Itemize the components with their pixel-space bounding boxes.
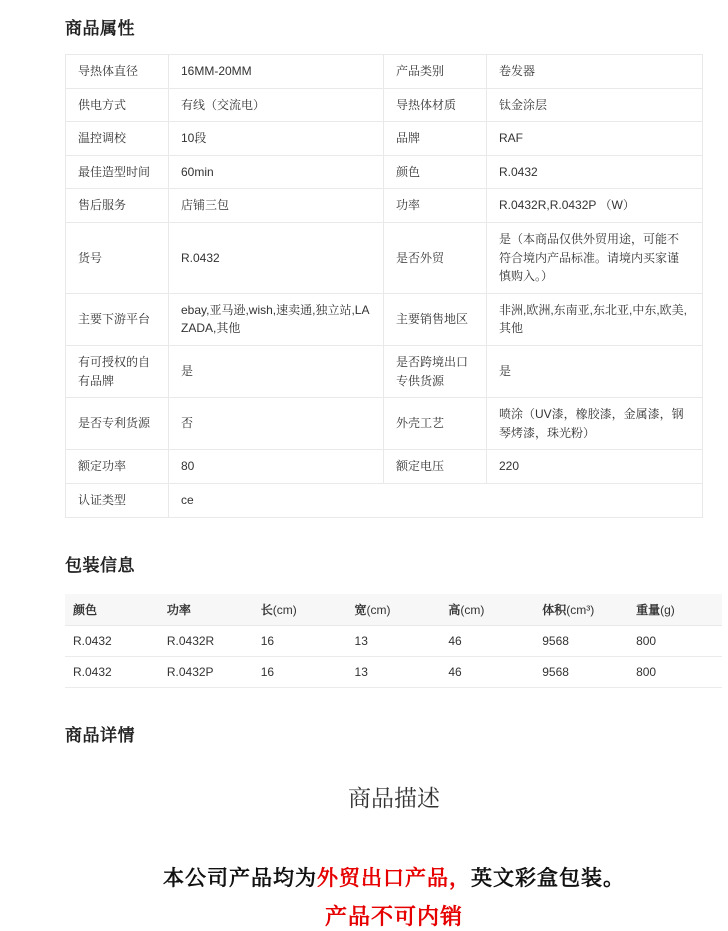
attribute-label: 是否专利货源 (66, 398, 169, 450)
description-heading: 商品描述 (65, 780, 723, 813)
packaging-cell: 9568 (534, 625, 628, 656)
attribute-row: 导热体直径16MM-20MM产品类别卷发器 (66, 55, 703, 89)
attribute-label: 导热体直径 (66, 55, 169, 89)
attribute-label: 供电方式 (66, 88, 169, 122)
packaging-column-header: 长(cm) (253, 594, 347, 626)
description-line1-prefix: 本公司产品均为 (163, 867, 317, 890)
attribute-label: 售后服务 (66, 189, 169, 223)
attribute-label: 产品类别 (384, 55, 487, 89)
description-line1-suffix: 英文彩盒包装。 (471, 867, 625, 890)
packaging-cell: 800 (628, 656, 722, 687)
attribute-row: 最佳造型时间60min颜色R.0432 (66, 155, 703, 189)
attribute-label: 外壳工艺 (384, 398, 487, 450)
attribute-row: 是否专利货源否外壳工艺喷涂（UV漆，橡胶漆，金属漆，钢琴烤漆，珠光粉） (66, 398, 703, 450)
attribute-label: 是否跨境出口专供货源 (384, 345, 487, 397)
packaging-column-header: 宽(cm) (347, 594, 441, 626)
attribute-value: 店铺三包 (169, 189, 384, 223)
packaging-cell: 46 (440, 625, 534, 656)
packaging-cell: 16 (253, 625, 347, 656)
packaging-cell: R.0432 (65, 656, 159, 687)
packaging-cell: 46 (440, 656, 534, 687)
packaging-cell: 13 (347, 625, 441, 656)
attribute-value: 80 (169, 450, 384, 484)
attribute-label: 认证类型 (66, 483, 169, 517)
attribute-row: 认证类型ce (66, 483, 703, 517)
attribute-value: RAF (487, 122, 703, 156)
attribute-value: R.0432R,R.0432P （W） (487, 189, 703, 223)
attribute-value: 非洲,欧洲,东南亚,东北亚,中东,欧美,其他 (487, 293, 703, 345)
attribute-value: 是（本商品仅供外贸用途，可能不符合境内产品标准。请境内买家谨慎购入。） (487, 222, 703, 293)
attribute-value: ce (169, 483, 703, 517)
attribute-value: ebay,亚马逊,wish,速卖通,独立站,LAZADA,其他 (169, 293, 384, 345)
attribute-value: 是 (169, 345, 384, 397)
attribute-row: 货号R.0432是否外贸是（本商品仅供外贸用途，可能不符合境内产品标准。请境内买… (66, 222, 703, 293)
attribute-label: 额定电压 (384, 450, 487, 484)
attributes-section-title: 商品属性 (65, 14, 723, 39)
attribute-label: 温控调校 (66, 122, 169, 156)
attribute-label: 有可授权的自有品牌 (66, 345, 169, 397)
attribute-value: 否 (169, 398, 384, 450)
attribute-value: 卷发器 (487, 55, 703, 89)
packaging-table: 颜色功率长(cm)宽(cm)高(cm)体积(cm³)重量(g) R.0432R.… (65, 594, 722, 688)
packaging-cell: 13 (347, 656, 441, 687)
details-section-title: 商品详情 (65, 721, 723, 746)
packaging-cell: R.0432P (159, 656, 253, 687)
attribute-row: 主要下游平台ebay,亚马逊,wish,速卖通,独立站,LAZADA,其他主要销… (66, 293, 703, 345)
packaging-row: R.0432R.0432R1613469568800 (65, 625, 722, 656)
attribute-label: 货号 (66, 222, 169, 293)
packaging-table-body: R.0432R.0432R1613469568800R.0432R.0432P1… (65, 625, 722, 687)
attribute-label: 额定功率 (66, 450, 169, 484)
attribute-label: 功率 (384, 189, 487, 223)
packaging-column-header: 重量(g) (628, 594, 722, 626)
description-line1: 本公司产品均为外贸出口产品，英文彩盒包装。 (65, 862, 723, 892)
details-body: 商品描述 本公司产品均为外贸出口产品，英文彩盒包装。 产品不可内销 (65, 780, 723, 931)
packaging-section-title: 包装信息 (65, 551, 723, 576)
packaging-cell: 800 (628, 625, 722, 656)
description-line1-highlight: 外贸出口产品， (317, 867, 471, 890)
packaging-row: R.0432R.0432P1613469568800 (65, 656, 722, 687)
attribute-label: 导热体材质 (384, 88, 487, 122)
attribute-label: 品牌 (384, 122, 487, 156)
attribute-value: 喷涂（UV漆，橡胶漆，金属漆，钢琴烤漆，珠光粉） (487, 398, 703, 450)
packaging-header-row: 颜色功率长(cm)宽(cm)高(cm)体积(cm³)重量(g) (65, 594, 722, 626)
packaging-cell: R.0432 (65, 625, 159, 656)
attributes-table-body: 导热体直径16MM-20MM产品类别卷发器供电方式有线（交流电）导热体材质钛金涂… (66, 55, 703, 518)
attribute-value: 220 (487, 450, 703, 484)
packaging-column-header: 体积(cm³) (534, 594, 628, 626)
attribute-row: 售后服务店铺三包功率R.0432R,R.0432P （W） (66, 189, 703, 223)
attribute-value: R.0432 (169, 222, 384, 293)
attribute-value: 60min (169, 155, 384, 189)
page-content: 商品属性 导热体直径16MM-20MM产品类别卷发器供电方式有线（交流电）导热体… (65, 0, 723, 931)
attribute-row: 供电方式有线（交流电）导热体材质钛金涂层 (66, 88, 703, 122)
attribute-value: 有线（交流电） (169, 88, 384, 122)
attribute-label: 是否外贸 (384, 222, 487, 293)
packaging-column-header: 功率 (159, 594, 253, 626)
packaging-column-header: 颜色 (65, 594, 159, 626)
attribute-value: R.0432 (487, 155, 703, 189)
attribute-label: 颜色 (384, 155, 487, 189)
description-line2: 产品不可内销 (65, 900, 723, 931)
attribute-value: 10段 (169, 122, 384, 156)
attributes-table: 导热体直径16MM-20MM产品类别卷发器供电方式有线（交流电）导热体材质钛金涂… (65, 54, 703, 518)
attribute-value: 是 (487, 345, 703, 397)
attribute-row: 额定功率80额定电压220 (66, 450, 703, 484)
attribute-label: 主要销售地区 (384, 293, 487, 345)
attribute-value: 16MM-20MM (169, 55, 384, 89)
attribute-value: 钛金涂层 (487, 88, 703, 122)
attribute-row: 有可授权的自有品牌是是否跨境出口专供货源是 (66, 345, 703, 397)
packaging-column-header: 高(cm) (440, 594, 534, 626)
attribute-label: 主要下游平台 (66, 293, 169, 345)
packaging-cell: R.0432R (159, 625, 253, 656)
packaging-cell: 16 (253, 656, 347, 687)
packaging-cell: 9568 (534, 656, 628, 687)
attribute-row: 温控调校10段品牌RAF (66, 122, 703, 156)
attribute-label: 最佳造型时间 (66, 155, 169, 189)
